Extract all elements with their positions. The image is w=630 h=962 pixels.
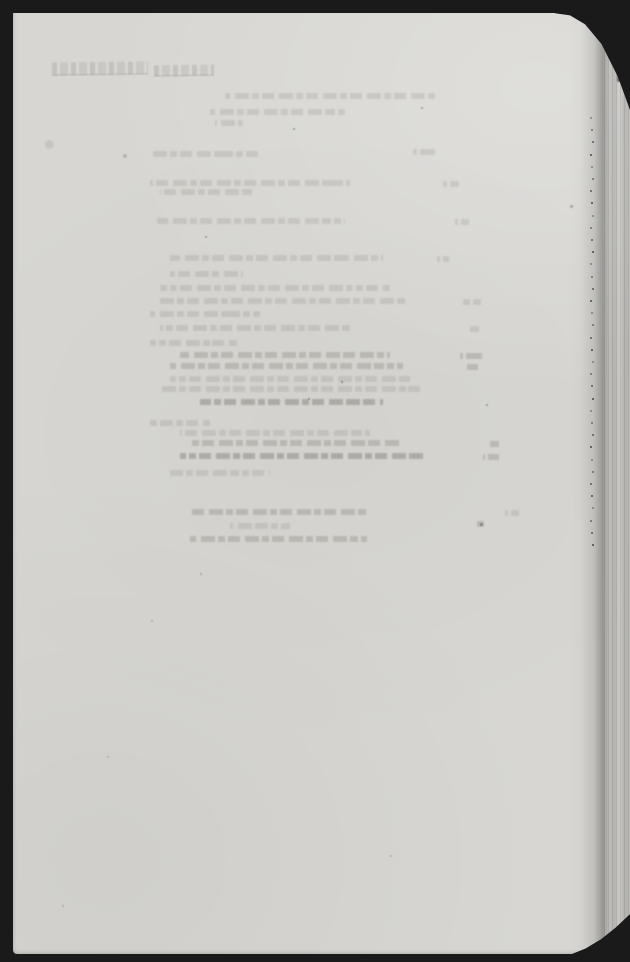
ghost-text-line — [437, 256, 449, 262]
dust-speck — [62, 905, 64, 907]
ghost-text-line — [505, 510, 519, 516]
ghost-text-line — [170, 255, 383, 261]
ghost-text-line — [160, 285, 390, 291]
ghost-text-line — [460, 353, 482, 359]
ghost-text-line — [463, 299, 481, 305]
ghost-text-line — [150, 340, 237, 346]
dust-speck — [205, 236, 207, 238]
ghost-text-line — [160, 298, 410, 304]
ghost-text-line — [150, 311, 260, 317]
ghost-text-line — [160, 386, 423, 392]
ghost-text-line — [443, 181, 459, 187]
dust-speck — [341, 381, 343, 383]
ghost-text-line — [190, 440, 400, 446]
ghost-text-line — [467, 326, 479, 332]
book-fore-edge — [604, 12, 630, 954]
ghost-text-line — [160, 189, 252, 195]
dust-speck — [421, 107, 423, 109]
ghost-text-line — [200, 399, 383, 405]
ghost-text-line — [455, 219, 469, 225]
ghost-text-line — [180, 352, 390, 358]
ghost-text-line — [180, 430, 370, 436]
ghost-text-line — [150, 180, 350, 186]
ghost-text-line — [170, 376, 410, 382]
ghost-text-line — [483, 454, 499, 460]
ghost-text-line — [413, 149, 435, 155]
scanner-background-left — [0, 0, 13, 962]
scanner-background-top — [0, 0, 630, 13]
ghost-text-line — [467, 364, 481, 370]
ghost-text-line — [170, 470, 270, 476]
ghost-text-line — [150, 151, 260, 157]
ghost-text-line — [225, 93, 435, 99]
ghost-text-line — [157, 218, 345, 224]
dust-speck — [200, 573, 202, 575]
ghost-text-line — [190, 536, 367, 542]
ghost-text-line — [150, 420, 210, 426]
ghost-text-line — [487, 441, 499, 447]
ghost-text-line — [215, 120, 243, 126]
ghost-text-line — [170, 363, 403, 369]
ghost-text-line — [160, 325, 350, 331]
dust-speck — [480, 523, 483, 526]
ghost-text-line — [180, 453, 423, 459]
scanner-background-bottom — [0, 954, 630, 962]
ghost-text-line — [230, 523, 290, 529]
scan-frame — [0, 0, 630, 962]
dust-speck — [123, 154, 127, 158]
scanned-page — [13, 12, 630, 954]
dust-speck — [486, 404, 488, 406]
dust-speck — [45, 140, 54, 149]
faded-stamp-smudge — [52, 61, 148, 75]
ghost-text-line — [170, 271, 243, 277]
dust-speck — [107, 756, 109, 758]
faded-stamp-smudge — [154, 65, 214, 77]
dust-speck — [151, 620, 153, 622]
dust-speck — [293, 128, 295, 130]
ghost-text-line — [190, 509, 367, 515]
dust-speck — [308, 398, 310, 400]
dust-speck — [390, 855, 392, 857]
ghost-text-line — [210, 109, 345, 115]
